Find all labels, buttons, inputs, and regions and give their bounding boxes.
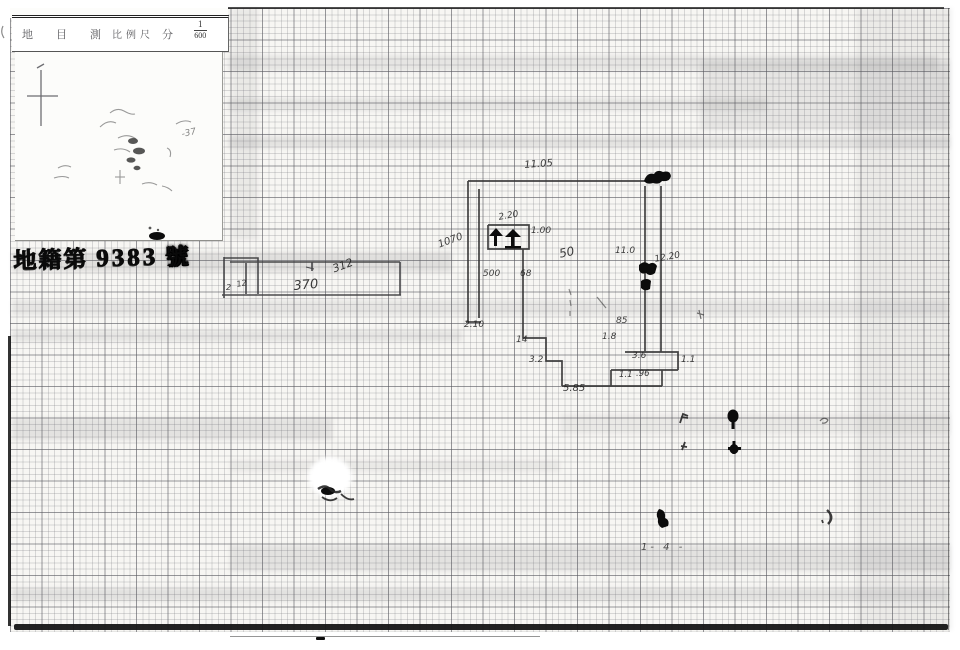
title-cell: 測 (90, 26, 101, 42)
title-cell: 分 (162, 26, 173, 42)
sheet-bottom-border (14, 624, 948, 630)
dimension-label: .96 (636, 370, 650, 379)
sheet-left-border (8, 336, 11, 626)
dimension-label: 11.0 (615, 247, 635, 256)
dimension-label: 14 (516, 336, 527, 345)
dimension-label: 1.1 (619, 371, 633, 380)
stamp-number: 9383 (95, 244, 158, 273)
sheet-top-border (228, 7, 944, 9)
dimension-label: 85 (616, 317, 627, 326)
tick-mark-label: 1- 4 - (641, 543, 685, 553)
scale-label: 比例尺 (112, 26, 154, 41)
sheet-right-border (948, 8, 949, 630)
location-inset-map (15, 48, 223, 241)
dimension-label: 500 (483, 270, 500, 279)
eraser-smudge (308, 457, 352, 497)
scanned-survey-sheet: 地 目 測 比例尺 分 1 600 (0, 0, 960, 650)
dimension-label: 370 (293, 278, 319, 293)
dimension-label: 68 (520, 270, 531, 279)
scale-denominator: 600 (194, 31, 207, 40)
dimension-label: 1.8 (602, 333, 616, 342)
sheet-bottom-border-faint (230, 636, 540, 637)
dimension-label: 50 (558, 245, 575, 260)
dimension-label: 2.10 (464, 321, 484, 330)
dimension-label: 11.05 (524, 159, 553, 171)
dimension-label: 1.00 (531, 227, 551, 236)
stamp-suffix: 號 (165, 244, 191, 270)
title-block: 地 目 測 比例尺 分 1 600 (12, 15, 229, 52)
dimension-label: 5.85 (563, 384, 585, 394)
dimension-label: 2 (226, 284, 231, 292)
title-cell: 地 (22, 26, 33, 42)
scale-numerator: 1 (194, 20, 207, 31)
dimension-label: 3.6 (632, 352, 646, 361)
stamp-prefix: 地籍第 (13, 246, 89, 273)
scale-fraction: 1 600 (194, 20, 207, 40)
registry-stamp: 地籍第 9383 號 (13, 238, 191, 276)
dimension-label: 3.2 (529, 356, 543, 365)
title-cell: 目 (56, 26, 67, 42)
dimension-label: 1.1 (681, 356, 695, 365)
